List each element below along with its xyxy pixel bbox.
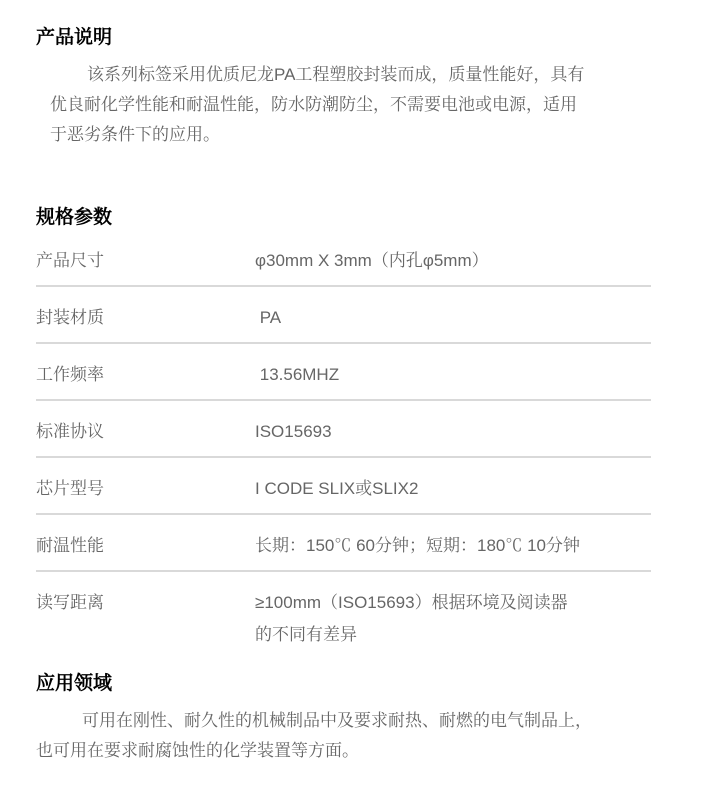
product-description-text: 该系列标签采用优质尼龙PA工程塑胶封装而成，质量性能好，具有 优良耐化学性能和耐… (50, 60, 678, 150)
spec-value: PA (255, 302, 281, 334)
spec-value: φ30mm X 3mm（内孔φ5mm） (255, 245, 489, 277)
spec-label: 芯片型号 (36, 473, 255, 505)
spec-row-working-frequency: 工作频率 13.56MHZ (36, 344, 651, 401)
spec-row-standard-protocol: 标准协议 ISO15693 (36, 401, 651, 458)
spec-label: 封装材质 (36, 302, 255, 334)
spec-label: 标准协议 (36, 416, 255, 448)
spec-label: 耐温性能 (36, 530, 255, 562)
application-area-text: 可用在刚性、耐久性的机械制品中及要求耐热、耐燃的电气制品上， 也可用在要求耐腐蚀… (36, 706, 678, 766)
section-title-product-description: 产品说明 (36, 28, 678, 48)
spec-label: 读写距离 (36, 587, 255, 619)
section-title-specifications: 规格参数 (36, 208, 678, 228)
product-detail-page: 产品说明 该系列标签采用优质尼龙PA工程塑胶封装而成，质量性能好，具有 优良耐化… (0, 0, 708, 802)
spec-row-product-size: 产品尺寸 φ30mm X 3mm（内孔φ5mm） (36, 230, 651, 287)
spec-value: ≥100mm（ISO15693）根据环境及阅读器 的不同有差异 (255, 587, 568, 651)
spec-label: 工作频率 (36, 359, 255, 391)
spec-row-read-write-distance: 读写距离 ≥100mm（ISO15693）根据环境及阅读器 的不同有差异 (36, 572, 651, 659)
spec-row-temperature-resistance: 耐温性能 长期：150℃ 60分钟；短期：180℃ 10分钟 (36, 515, 651, 572)
spec-value: 长期：150℃ 60分钟；短期：180℃ 10分钟 (255, 530, 580, 562)
spec-row-chip-model: 芯片型号 I CODE SLIX或SLIX2 (36, 458, 651, 515)
spec-value: I CODE SLIX或SLIX2 (255, 473, 418, 505)
spec-value: ISO15693 (255, 416, 332, 448)
spec-table: 产品尺寸 φ30mm X 3mm（内孔φ5mm） 封装材质 PA 工作频率 13… (36, 230, 651, 659)
spec-value: 13.56MHZ (255, 359, 339, 391)
section-title-application-area: 应用领域 (36, 674, 678, 694)
spec-label: 产品尺寸 (36, 245, 255, 277)
spec-row-package-material: 封装材质 PA (36, 287, 651, 344)
